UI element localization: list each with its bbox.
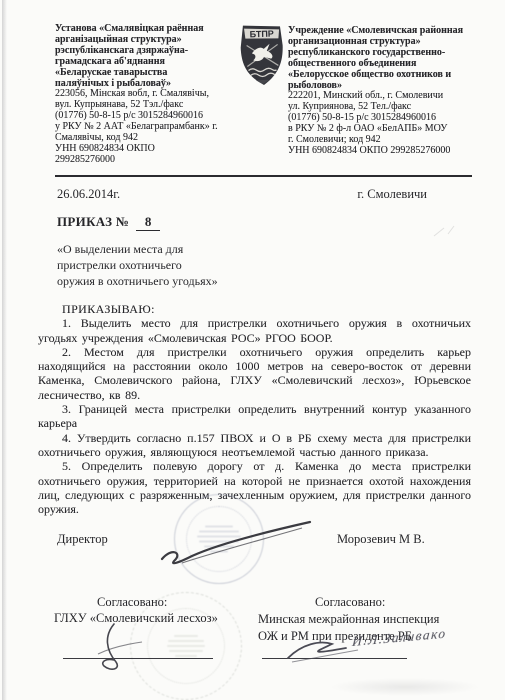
approval-right-org-line: Минская межрайонная инспекция [258,611,439,628]
approval-left-signature-line [63,658,213,659]
header-org-right: Учреждение «Смолевичская районная органи… [288,26,488,157]
signoff-role: Директор [57,532,108,547]
body-item: 4. Утвердить согласно п.157 ПВОХ и О в Р… [38,431,471,460]
body-item: 2. Местом для пристрелки охотничьего ору… [38,345,471,402]
approval-left-org: ГЛХУ «Смолевичский лесхоз» [54,611,218,626]
org-right-line: общественного объединения [288,59,488,70]
stamp-center-text-blur [167,635,205,657]
body-item: 1. Выделить место для пристрелки охотнич… [38,316,471,345]
subject-line: «О выделении места для [57,242,218,258]
header-divider-line [55,175,472,177]
body-lead: ПРИКАЗЫВАЮ: [38,302,471,316]
dateline: 26.06.2014г. г. Смолевичи [57,187,427,202]
subject-line: оружия в охотничьего угодьях» [57,274,218,290]
order-label: ПРИКАЗ № [57,214,129,229]
pencil-mark [432,224,458,240]
body-item: 3. Границей места пристрелки определить … [38,402,471,431]
org-right-address-line: УНН 690824834 ОКПО 299285276000 [288,146,488,157]
header-org-left: Установа «Смалявіцкая раённая арганізацы… [55,24,239,166]
stamp-center-text-blur [197,526,241,553]
scan-edge-shadow [2,0,7,700]
subject-line: пристрелки охотничьего [57,258,218,274]
body-item: 5. Определить полевую дорогу от д. Камен… [38,459,471,516]
document-place: г. Смолевичи [357,187,427,202]
emblem-letters: БТПР [249,29,274,40]
org-left-line: «Беларускае таварыства [55,68,239,79]
approval-left-label: Согласовано: [97,595,167,610]
signoff-name: Морозевич М В. [337,532,425,547]
order-number: 8 [136,214,160,231]
scan-smudge [330,678,480,696]
document-date: 26.06.2014г. [57,187,120,202]
org-left-line: грамадскага аб'яднання [55,57,239,68]
order-title: ПРИКАЗ №8 [57,214,160,231]
approval-left-signature [80,620,150,676]
btpr-emblem-icon: БТПР [237,21,287,91]
order-body: ПРИКАЗЫВАЮ: 1. Выделить место для пристр… [38,302,471,516]
order-subject: «О выделении места для пристрелки охотни… [57,242,218,289]
director-signature [148,515,318,575]
approval-right-label: Согласовано: [315,595,385,610]
org-left-address-line: 299285276000 [55,155,239,166]
approval-right-signature-line [262,658,407,659]
org-right-line: «Белорусское общество охотников и [288,70,488,81]
scanned-document-page: Установа «Смалявіцкая раённая арганізацы… [0,0,505,700]
